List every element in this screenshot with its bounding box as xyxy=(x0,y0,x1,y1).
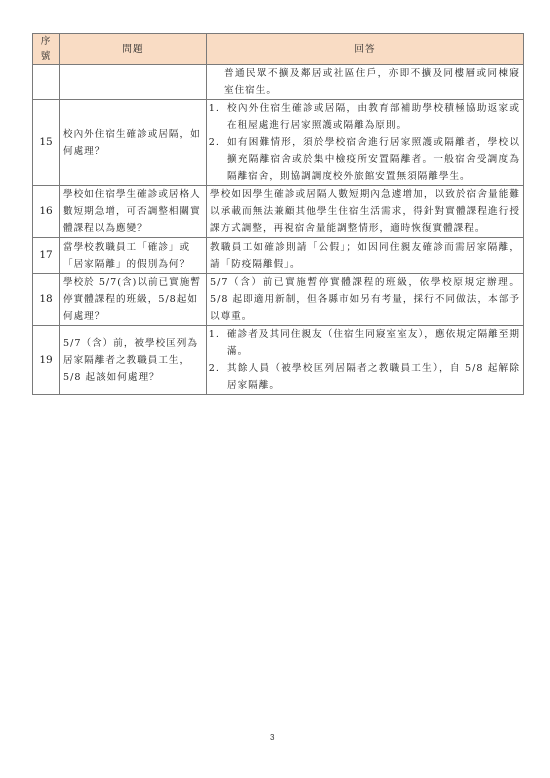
cell-num: 17 xyxy=(33,238,60,274)
answer-list: 校內外住宿生確診或居隔，由教育部補助學校積極協助返家或在租屋處進行居家照護或隔離… xyxy=(210,100,520,185)
answer-list: 確診者及其同住親友（住宿生同寢室室友），應依規定隔離至期滿。 其餘人員（被學校匡… xyxy=(210,326,520,394)
header-answer: 回答 xyxy=(207,34,524,65)
answer-item: 校內外住宿生確診或居隔，由教育部補助學校積極協助返家或在租屋處進行居家照護或隔離… xyxy=(224,100,520,134)
table-row: 16 學校如住宿學生確診或居格人數短期急增，可否調整相關實體課程以為應變？ 學校… xyxy=(33,186,524,238)
cell-answer: 5/7（含）前已實施暫停實體課程的班級，依學校原規定辦理。5/8 起即適用新制，… xyxy=(207,274,524,326)
cell-num: 18 xyxy=(33,274,60,326)
cell-question: 學校於 5/7(含)以前已實施暫停實體課程的班級，5/8起如何處理？ xyxy=(60,274,207,326)
cell-num: 16 xyxy=(33,186,60,238)
cell-question: 學校如住宿學生確診或居格人數短期急增，可否調整相關實體課程以為應變？ xyxy=(60,186,207,238)
answer-text: 普通民眾不擴及鄰居或社區住戶，亦即不擴及同樓層或同棟寢室住宿生。 xyxy=(210,65,520,99)
cell-answer: 確診者及其同住親友（住宿生同寢室室友），應依規定隔離至期滿。 其餘人員（被學校匡… xyxy=(207,326,524,395)
cell-answer: 校內外住宿生確診或居隔，由教育部補助學校積極協助返家或在租屋處進行居家照護或隔離… xyxy=(207,100,524,186)
page-number: 3 xyxy=(270,733,274,742)
cell-answer: 普通民眾不擴及鄰居或社區住戶，亦即不擴及同樓層或同棟寢室住宿生。 xyxy=(207,65,524,100)
cell-answer: 學校如因學生確診或居隔人數短期內急遽增加，以致於宿舍量能難以承載而無法兼顧其他學… xyxy=(207,186,524,238)
answer-item: 如有困難情形，須於學校宿舍進行居家照護或隔離者，學校以擴充隔離宿舍或於集中檢疫所… xyxy=(224,134,520,185)
answer-item: 其餘人員（被學校匡列居隔者之教職員工生），自 5/8 起解除居家隔離。 xyxy=(224,360,520,394)
answer-item: 確診者及其同住親友（住宿生同寢室室友），應依規定隔離至期滿。 xyxy=(224,326,520,360)
cell-question: 校內外住宿生確診或居隔，如何處理？ xyxy=(60,100,207,186)
table-row: 15 校內外住宿生確診或居隔，如何處理？ 校內外住宿生確診或居隔，由教育部補助學… xyxy=(33,100,524,186)
cell-answer: 教職員工如確診則請「公假」；如因同住親友確診而需居家隔離，請「防疫隔離假」。 xyxy=(207,238,524,274)
header-question: 問題 xyxy=(60,34,207,65)
cell-question xyxy=(60,65,207,100)
table-header-row: 序號 問題 回答 xyxy=(33,34,524,65)
table-row: 17 當學校教職員工「確診」或「居家隔離」的假別為何？ 教職員工如確診則請「公假… xyxy=(33,238,524,274)
table-row: 18 學校於 5/7(含)以前已實施暫停實體課程的班級，5/8起如何處理？ 5/… xyxy=(33,274,524,326)
cell-num xyxy=(33,65,60,100)
header-num: 序號 xyxy=(33,34,60,65)
cell-num: 15 xyxy=(33,100,60,186)
table-row-continuation: 普通民眾不擴及鄰居或社區住戶，亦即不擴及同樓層或同棟寢室住宿生。 xyxy=(33,65,524,100)
cell-question: 當學校教職員工「確診」或「居家隔離」的假別為何？ xyxy=(60,238,207,274)
table-row: 19 5/7（含）前，被學校匡列為居家隔離者之教職員工生，5/8 起該如何處理？… xyxy=(33,326,524,395)
faq-table: 序號 問題 回答 普通民眾不擴及鄰居或社區住戶，亦即不擴及同樓層或同棟寢室住宿生… xyxy=(32,33,524,395)
document-page: 序號 問題 回答 普通民眾不擴及鄰居或社區住戶，亦即不擴及同樓層或同棟寢室住宿生… xyxy=(0,0,550,778)
cell-num: 19 xyxy=(33,326,60,395)
cell-question: 5/7（含）前，被學校匡列為居家隔離者之教職員工生，5/8 起該如何處理？ xyxy=(60,326,207,395)
